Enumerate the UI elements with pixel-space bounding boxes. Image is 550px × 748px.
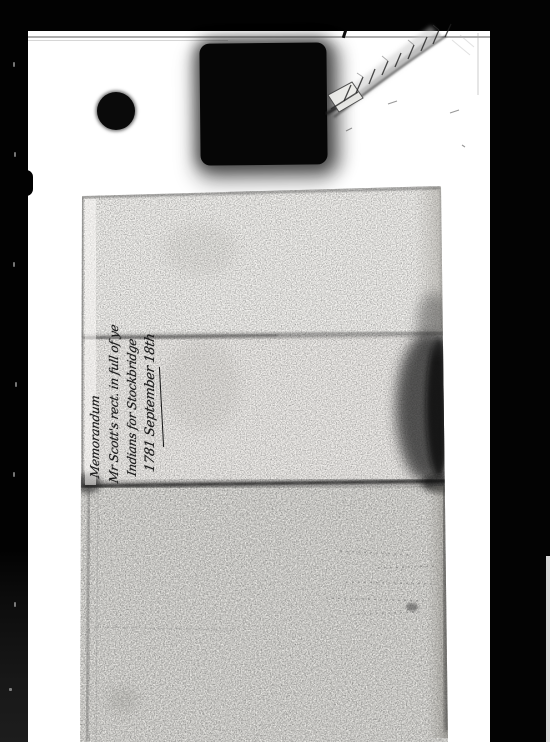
faint-corner-hatch [452,35,474,55]
docket-line: Mr Scott's rect. in full of ye [105,335,124,484]
film-edge-sliver [546,556,550,742]
film-scratch-speck [13,472,15,477]
handwritten-docket: Memorandum Mr Scott's rect. in full of y… [86,337,172,483]
film-border-left-bump [24,170,33,196]
film-border-left [0,0,28,742]
film-scratch-speck [9,688,12,691]
punch-hole-dot [97,92,135,130]
film-scratch-speck [15,382,17,387]
film-scratch-speck [14,602,16,607]
docket-line: Memorandum [86,335,105,479]
film-scratch-speck [13,262,15,267]
stain [108,688,138,712]
film-scratch-speck [13,62,15,67]
film-scratch-speck [14,152,16,157]
fold-shadow-spill [417,293,450,353]
paper-strap [300,15,490,165]
stain [164,339,240,431]
microfilm-scan-frame: Memorandum Mr Scott's rect. in full of y… [0,0,550,748]
stray-marks [346,101,465,147]
backing-page-top-edge-faint [28,40,228,41]
paper-left-edge [82,197,83,485]
docket-line-date: 1781 September 18th [142,335,161,473]
document-paper: Memorandum Mr Scott's rect. in full of y… [78,183,450,743]
film-border-right [490,0,550,742]
stain [164,224,236,276]
bleed-through-blot [406,603,418,611]
docket-line: Indians for Stockbridge [123,335,142,477]
